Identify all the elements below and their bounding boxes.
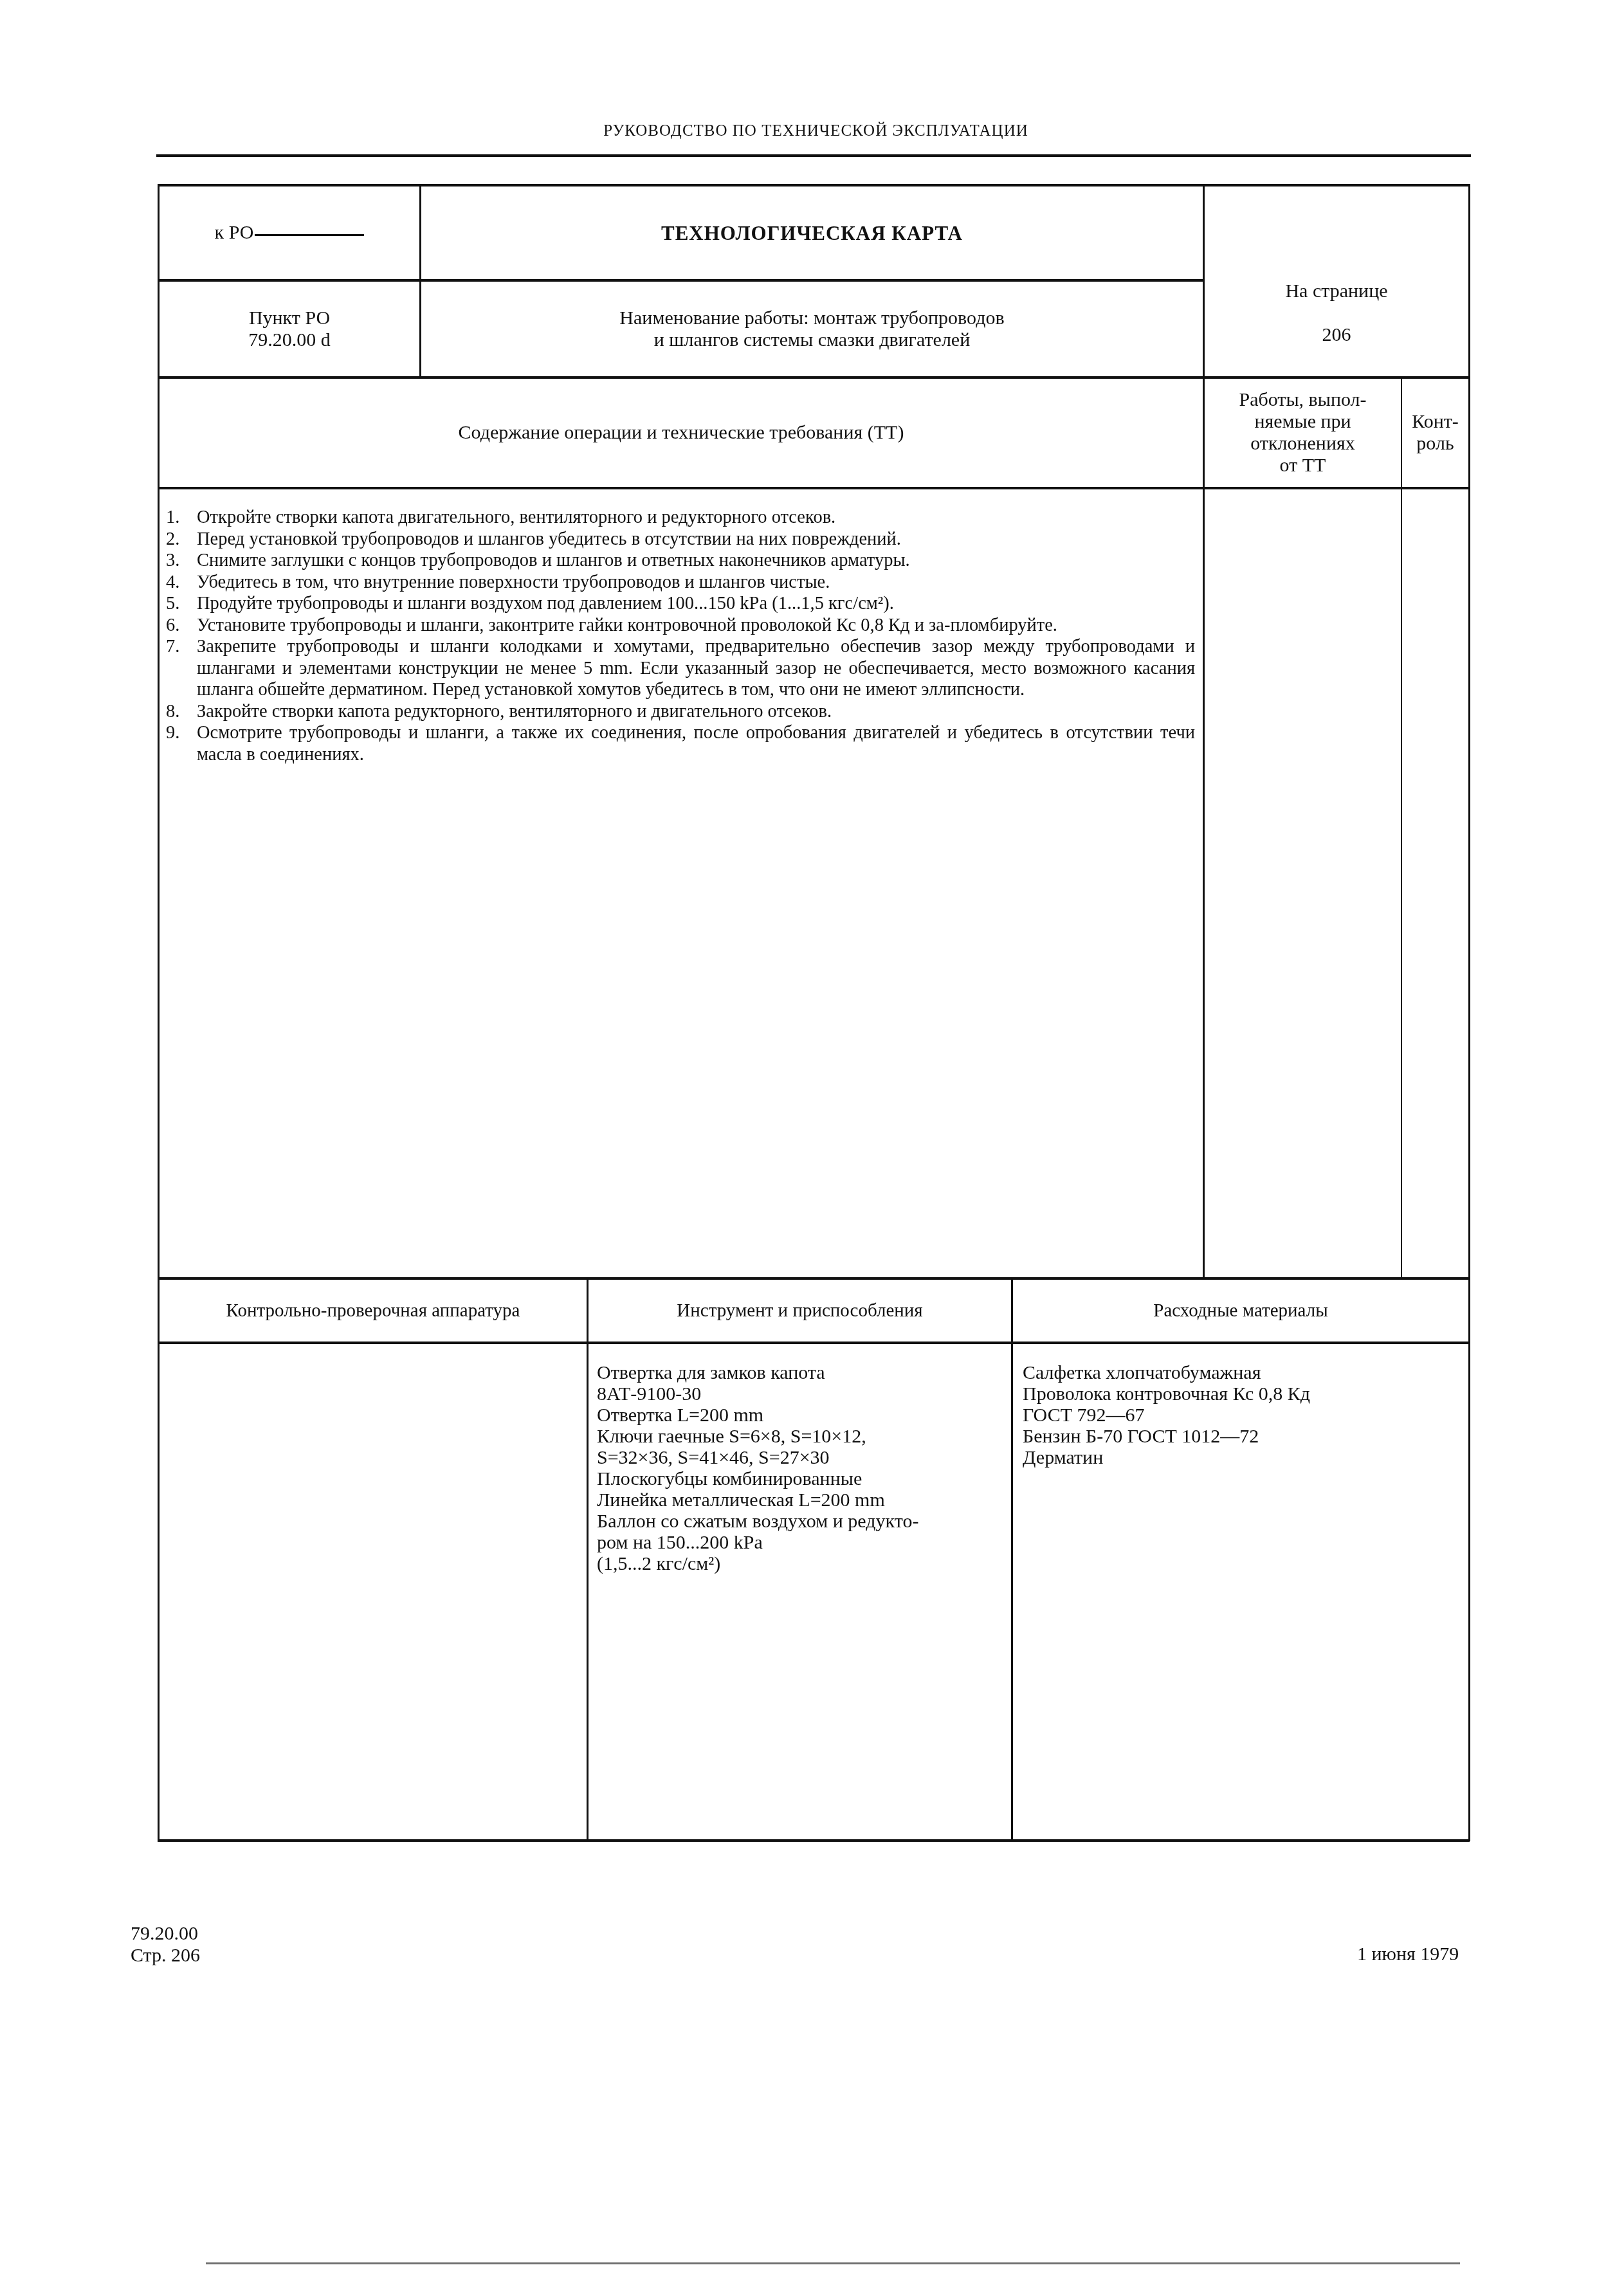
operation-number: 4. xyxy=(166,572,197,594)
operation-text: Снимите заглушки с концов трубопроводов … xyxy=(197,550,1195,572)
operation-text: Закрепите трубопроводы и шланги колодкам… xyxy=(197,636,1195,701)
operation-item: 9.Осмотрите трубопроводы и шланги, а так… xyxy=(166,722,1195,765)
col-divider-tools xyxy=(587,1277,588,1841)
operation-text: Закройте створки капота редукторного, ве… xyxy=(197,701,1195,723)
on-page-label: На странице xyxy=(1285,280,1387,302)
operation-text: Убедитесь в том, что внутренние поверхно… xyxy=(197,572,1195,594)
operation-number: 1. xyxy=(166,507,197,529)
operation-number: 6. xyxy=(166,615,197,637)
col-divider-control xyxy=(1401,377,1402,1278)
col-header-content: Содержание операции и технические требов… xyxy=(160,379,1203,487)
operation-item: 5.Продуйте трубопроводы и шланги воздухо… xyxy=(166,593,1195,615)
col-header-tools: Инструмент и приспособления xyxy=(588,1280,1011,1342)
col-header-deviations: Работы, выпол- няемые при отклонениях от… xyxy=(1205,379,1401,487)
row-divider-3 xyxy=(158,487,1470,489)
card-title: ТЕХНОЛОГИЧЕСКАЯ КАРТА xyxy=(421,186,1203,279)
footer-left: 79.20.00 Стр. 206 xyxy=(131,1923,200,1967)
operation-number: 2. xyxy=(166,529,197,550)
operation-text: Перед установкой трубопроводов и шлангов… xyxy=(197,529,1195,550)
operation-text: Осмотрите трубопроводы и шланги, а также… xyxy=(197,722,1195,765)
operation-item: 3.Снимите заглушки с концов трубопроводо… xyxy=(166,550,1195,572)
col-header-equipment: Контрольно-проверочная аппаратура xyxy=(160,1280,587,1342)
work-name: Наименование работы: монтаж трубопроводо… xyxy=(421,282,1203,376)
operation-text: Продуйте трубопроводы и шланги воздухом … xyxy=(197,593,1195,615)
tools-list: Отвертка для замков капота 8АТ-9100-30 О… xyxy=(597,1362,1008,1574)
scan-artifact-line xyxy=(206,2262,1460,2264)
ref-cell: к РО xyxy=(160,186,419,279)
operation-text: Установите трубопроводы и шланги, законт… xyxy=(197,615,1195,637)
item-label: Пункт РО xyxy=(248,307,331,329)
item-cell: Пункт РО 79.20.00 d xyxy=(160,282,419,376)
operations-list: 1.Откройте створки капота двигательного,… xyxy=(166,507,1195,765)
header-rule xyxy=(156,154,1471,157)
operation-item: 1.Откройте створки капота двигательного,… xyxy=(166,507,1195,529)
operation-text: Откройте створки капота двигательного, в… xyxy=(197,507,1195,529)
item-number: 79.20.00 d xyxy=(248,329,331,351)
footer-page: Стр. 206 xyxy=(131,1945,200,1967)
materials-list: Салфетка хлопчатобумажная Проволока конт… xyxy=(1023,1362,1460,1468)
on-page-cell: На странице 206 xyxy=(1205,186,1468,376)
operation-item: 4.Убедитесь в том, что внутренние поверх… xyxy=(166,572,1195,594)
operation-item: 2.Перед установкой трубопроводов и шланг… xyxy=(166,529,1195,550)
operation-number: 3. xyxy=(166,550,197,572)
operation-number: 5. xyxy=(166,593,197,615)
footer-section: 79.20.00 xyxy=(131,1923,200,1945)
running-head: РУКОВОДСТВО ПО ТЕХНИЧЕСКОЙ ЭКСПЛУАТАЦИИ xyxy=(161,122,1471,140)
operation-number: 7. xyxy=(166,636,197,701)
footer-date: 1 июня 1979 xyxy=(1357,1943,1459,1965)
col-divider-materials xyxy=(1011,1277,1013,1841)
operation-number: 9. xyxy=(166,722,197,765)
ref-label: к РО xyxy=(215,222,254,244)
operation-item: 8.Закройте створки капота редукторного, … xyxy=(166,701,1195,723)
row-divider-5 xyxy=(158,1342,1470,1344)
on-page-number: 206 xyxy=(1285,324,1387,346)
operation-number: 8. xyxy=(166,701,197,723)
table-right-border xyxy=(1468,184,1470,1841)
operation-item: 7.Закрепите трубопроводы и шланги колодк… xyxy=(166,636,1195,701)
operation-item: 6.Установите трубопроводы и шланги, зако… xyxy=(166,615,1195,637)
ref-blank-line xyxy=(255,234,364,236)
col-header-control: Конт- роль xyxy=(1402,379,1468,487)
table-bottom-border xyxy=(158,1839,1470,1842)
col-header-materials: Расходные материалы xyxy=(1013,1280,1468,1342)
